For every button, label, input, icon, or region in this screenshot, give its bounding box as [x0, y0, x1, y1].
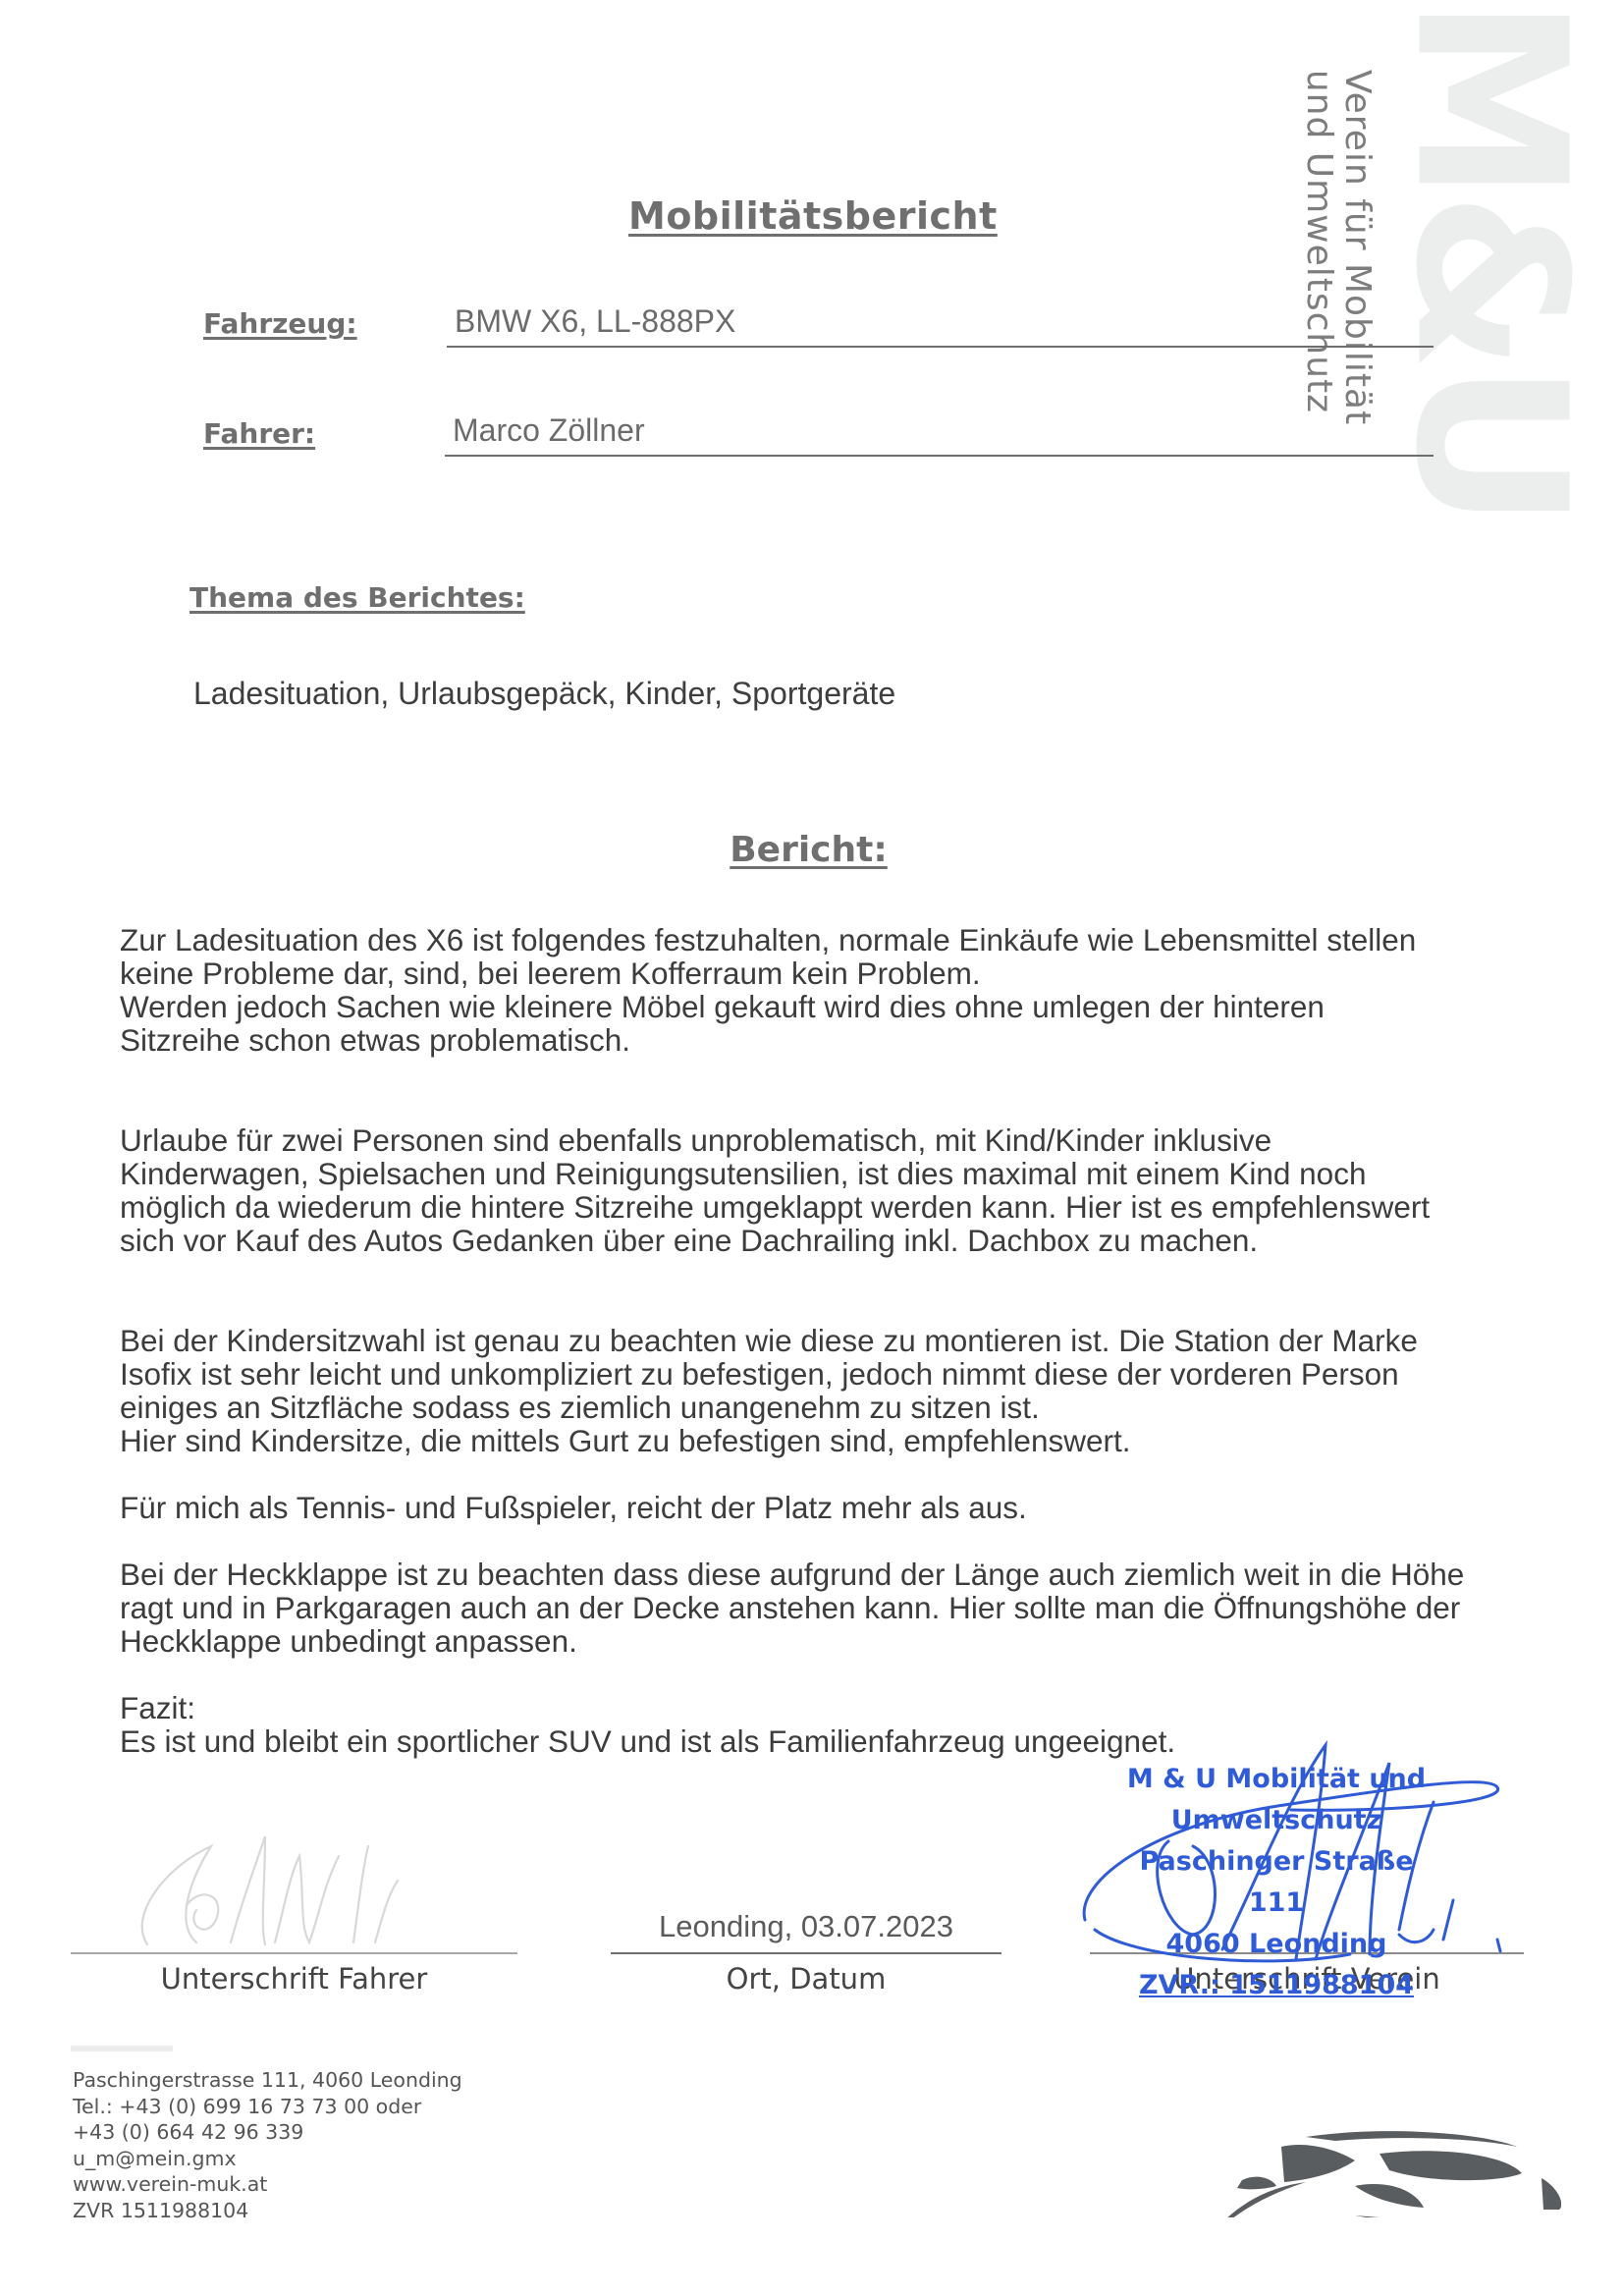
- driver-signature-line: [71, 1952, 517, 1954]
- watermark-text: M&U: [1371, 0, 1611, 519]
- report-body: Zur Ladesituation des X6 ist folgendes f…: [120, 923, 1563, 1758]
- club-stamp: M & U Mobilität und Umweltschutz Paschin…: [1075, 1733, 1537, 1984]
- footer-divider: [71, 2046, 173, 2051]
- vertical-brand-text: Verein für Mobilität und Umweltschutz: [1294, 41, 1382, 454]
- topic-value: Ladesituation, Urlaubsgepäck, Kinder, Sp…: [193, 676, 895, 712]
- vehicle-value: BMW X6, LL-888PX: [455, 303, 735, 340]
- brand-line-1: Verein für Mobilität: [1338, 70, 1377, 425]
- driver-signature-caption: Unterschrift Fahrer: [71, 1962, 517, 1995]
- vehicle-label: Fahrzeug:: [203, 307, 357, 340]
- footer-phone-1: Tel.: +43 (0) 699 16 73 73 00 oder: [73, 2094, 462, 2120]
- footer-email: u_m@mein.gmx: [73, 2146, 462, 2172]
- car-logo-icon: [1188, 2119, 1561, 2217]
- place-date-value: Leonding, 03.07.2023: [611, 1909, 1001, 1944]
- document-title: Mobilitätsbericht: [628, 194, 998, 238]
- brand-line-2: und Umweltschutz: [1300, 70, 1338, 425]
- driver-signature: [118, 1827, 432, 1954]
- report-paragraph: Bei der Kindersitzwahl ist genau zu beac…: [120, 1324, 1563, 1457]
- vehicle-underline: [447, 346, 1434, 348]
- report-paragraph: Urlaube für zwei Personen sind ebenfalls…: [120, 1123, 1563, 1257]
- report-paragraph: Für mich als Tennis- und Fußspieler, rei…: [120, 1491, 1563, 1524]
- watermark-logo: M&U: [1392, 27, 1589, 489]
- place-date-caption: Ort, Datum: [611, 1962, 1001, 1995]
- place-date-line: [611, 1952, 1001, 1954]
- driver-value: Marco Zöllner: [453, 412, 645, 449]
- footer-phone-2: +43 (0) 664 42 96 339: [73, 2119, 462, 2146]
- report-paragraph: Zur Ladesituation des X6 ist folgendes f…: [120, 923, 1563, 1057]
- topic-label: Thema des Berichtes:: [189, 581, 525, 614]
- driver-underline: [445, 455, 1434, 457]
- footer-zvr: ZVR 1511988104: [73, 2198, 462, 2224]
- footer-contact: Paschingerstrasse 111, 4060 Leonding Tel…: [73, 2067, 462, 2223]
- footer-website: www.verein-muk.at: [73, 2171, 462, 2198]
- driver-label: Fahrer:: [203, 417, 315, 450]
- footer-address: Paschingerstrasse 111, 4060 Leonding: [73, 2067, 462, 2094]
- report-heading: Bericht:: [0, 830, 1623, 870]
- report-paragraph: Bei der Heckklappe ist zu beachten dass …: [120, 1558, 1563, 1658]
- stamp-text: M & U Mobilität und Umweltschutz Paschin…: [1114, 1759, 1438, 2006]
